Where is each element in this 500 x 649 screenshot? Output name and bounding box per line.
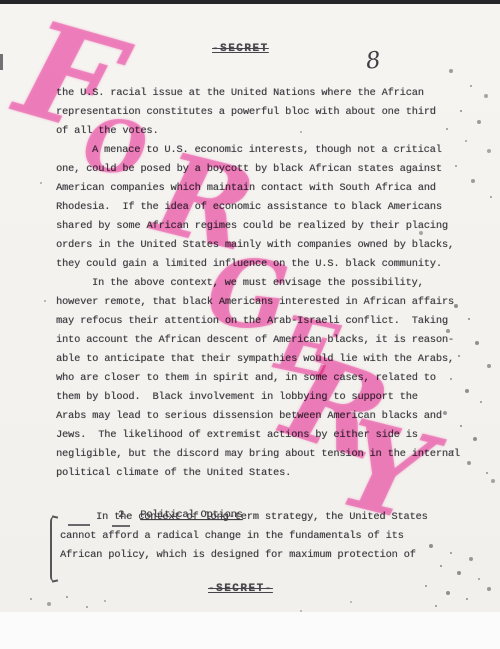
document-body: the U.S. racial issue at the United Nati…	[56, 84, 476, 565]
document-text-line: American companies which maintain contac…	[56, 179, 476, 198]
scan-noise	[0, 0, 2, 2]
section-heading: 2.Political Options	[56, 487, 476, 506]
document-text-line: able to anticipate that their sympathies…	[56, 350, 476, 369]
document-text-line: of all the votes.	[56, 122, 476, 141]
document-text-line: In the above context, we must envisage t…	[56, 274, 476, 293]
document-text-line: who are closer to them in spirit and, in…	[56, 369, 476, 388]
document-text-line: them by blood. Black involvement in lobb…	[56, 388, 476, 407]
document-text-line: representation constitutes a powerful bl…	[56, 103, 476, 122]
document-text-line: African policy, which is designed for ma…	[60, 546, 476, 565]
document-text-line: A menace to U.S. economic interests, tho…	[56, 141, 476, 160]
secret-stamp-top: -SECRET	[212, 43, 269, 55]
document-text-line: the U.S. racial issue at the United Nati…	[56, 84, 476, 103]
document-text-line: into account the African descent of Amer…	[56, 331, 476, 350]
scan-artifact	[68, 524, 90, 526]
handwritten-page-number: 8	[365, 47, 382, 74]
document-text-line: cannot afford a radical change in the fu…	[60, 527, 476, 546]
document-text-line: Rhodesia. If the idea of economic assist…	[56, 198, 476, 217]
secret-stamp-bottom: -SECRET-	[208, 583, 273, 595]
document-text-line: Jews. The likelihood of extremist action…	[56, 426, 476, 445]
margin-bracket	[50, 516, 59, 582]
document-text-line: political climate of the United States.	[56, 464, 476, 483]
document-text-line: however remote, that black Americans int…	[56, 293, 476, 312]
paragraph-after-heading: In the context of long-term strategy, th…	[56, 508, 476, 565]
document-text-line: Arabs may lead to serious dissension bet…	[56, 407, 476, 426]
scan-artifact	[0, 54, 3, 70]
document-text-line: one, could be posed by a boycott by blac…	[56, 160, 476, 179]
document-text-line: negligible, but the discord may bring ab…	[56, 445, 476, 464]
paragraphs-before-heading: the U.S. racial issue at the United Nati…	[56, 84, 476, 483]
document-text-line: they could gain a limited influence on t…	[56, 255, 476, 274]
document-text-line: shared by some African regimes could be …	[56, 217, 476, 236]
document-text-line: orders in the United States mainly with …	[56, 236, 476, 255]
scan-edge-bar	[0, 0, 500, 4]
scan-artifact	[112, 525, 130, 527]
document-text-line: may refocus their attention on the Arab-…	[56, 312, 476, 331]
